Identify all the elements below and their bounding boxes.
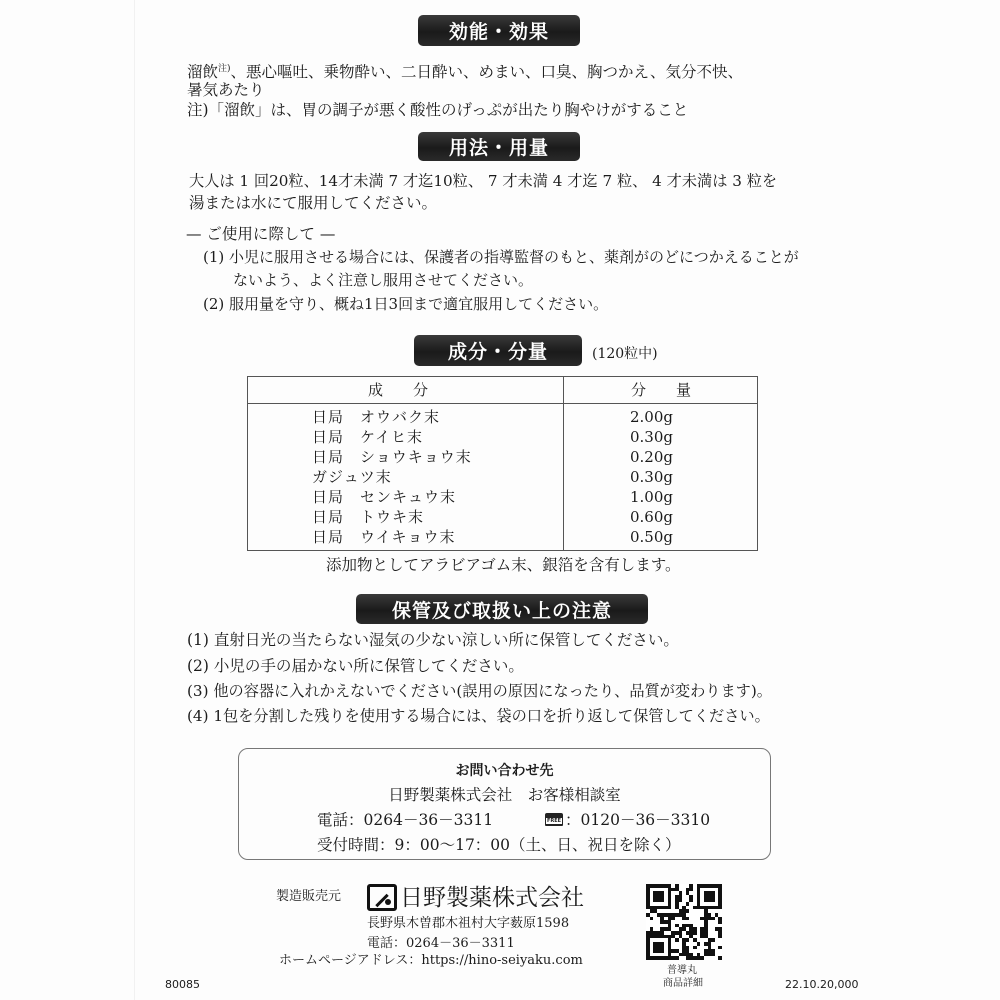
usage-note-2: (2) 服用量を守り、概ね1日3回まで適宜服用してください。 — [203, 294, 608, 314]
inquiry-hours: 受付時間：9：00〜17：00（土、日、祝日を除く） — [317, 835, 848, 855]
table-row: 日局 オウバク末 2.00g — [248, 407, 757, 427]
ingredients-heading: 成分・分量 — [448, 337, 548, 364]
inquiry-phone: 電話：0264－36－3311 — [317, 811, 493, 829]
ingredient-name: 日局 トウキ末 — [312, 507, 424, 527]
additives-note: 添加物としてアラビアゴム末、銀箔を含有します。 — [326, 555, 681, 575]
effects-line-2: 暑気あたり — [187, 80, 265, 100]
effects-footnote: 注)「溜飲」は、胃の調子が悪く酸性のげっぷが出たり胸やけがすること — [187, 100, 688, 120]
storage-item-3: (3) 他の容器に入れかえないでください(誤用の原因になったり、品質が変わります… — [187, 681, 772, 701]
manufacturer-company: 日野製薬株式会社 — [400, 884, 584, 912]
package-insert-page: 効能・効果 溜飲注)、悪心嘔吐、乗物酔い、二日酔い、めまい、口臭、胸つかえ、気分… — [0, 0, 1000, 1000]
inquiry-company: 日野製薬株式会社 お客様相談室 — [239, 785, 770, 805]
ingredient-amount: 0.30g — [630, 427, 673, 447]
effects-heading: 効能・効果 — [449, 17, 549, 44]
ingredient-name: 日局 ケイヒ末 — [312, 427, 423, 447]
footer-code-left: 80085 — [165, 978, 200, 991]
inquiry-phones: 電話：0264－36－3311 ：0120－36－3310 — [317, 810, 848, 830]
free-dial-icon — [545, 813, 563, 826]
dosage-line-2: 湯または水にて服用してください。 — [189, 193, 437, 213]
inquiry-free-number: ：0120－36－3310 — [565, 811, 710, 829]
ingredients-table: 成 分 分 量 日局 オウバク末 2.00g 日局 ケイヒ末 0.30g 日局 … — [247, 376, 758, 551]
manufacturer-label: 製造販売元 — [276, 887, 341, 907]
column-header-amount: 分 量 — [631, 380, 691, 400]
storage-heading-badge: 保管及び取扱い上の注意 — [356, 594, 648, 624]
inquiry-box: お問い合わせ先 日野製薬株式会社 お客様相談室 電話：0264－36－3311 … — [238, 748, 771, 860]
column-header-ingredient: 成 分 — [368, 380, 428, 400]
ingredient-name: 日局 ショウキョウ末 — [312, 447, 472, 467]
table-row: 日局 ウイキョウ末 0.50g — [248, 527, 757, 547]
manufacturer-homepage[interactable]: ホームページアドレス：https://hino-seiyaku.com — [279, 951, 583, 971]
inquiry-title: お問い合わせ先 — [239, 761, 770, 781]
table-row: 日局 トウキ末 0.60g — [248, 507, 757, 527]
qr-caption-details: 商品詳細 — [663, 978, 703, 990]
company-logo-icon — [367, 884, 397, 911]
dosage-heading-badge: 用法・用量 — [418, 132, 580, 161]
storage-item-4: (4) 1包を分割した残りを使用する場合には、袋の口を折り返して保管してください… — [187, 706, 770, 726]
footer-code-right: 22.10.20,000 — [785, 978, 858, 991]
ingredient-name: 日局 ウイキョウ末 — [312, 527, 456, 547]
dosage-heading: 用法・用量 — [449, 133, 549, 160]
dosage-line-1: 大人は 1 回20粒、14才未満 7 才迄10粒、 7 才未満 4 才迄 7 粒… — [189, 171, 777, 191]
ingredient-amount: 0.50g — [630, 527, 673, 547]
ingredients-per-count: (120粒中) — [592, 344, 658, 364]
usage-notes-title: — ご使用に際して — — [186, 224, 335, 244]
ingredients-heading-badge: 成分・分量 — [414, 335, 582, 366]
effects-line-1: 溜飲注)、悪心嘔吐、乗物酔い、二日酔い、めまい、口臭、胸つかえ、気分不快、 — [187, 59, 743, 82]
storage-item-2: (2) 小児の手の届かない所に保管してください。 — [187, 656, 524, 676]
table-row: 日局 センキュウ末 1.00g — [248, 487, 757, 507]
table-row: 日局 ショウキョウ末 0.20g — [248, 447, 757, 467]
qr-caption-product: 普導丸 — [667, 965, 697, 977]
scan-edge — [134, 0, 135, 1000]
table-header-row: 成 分 分 量 — [248, 377, 757, 404]
manufacturer-address: 長野県木曽郡木祖村大字薮原1598 — [367, 914, 569, 934]
storage-item-1: (1) 直射日光の当たらない湿気の少ない涼しい所に保管してください。 — [187, 630, 679, 650]
ingredient-amount: 0.20g — [630, 447, 673, 467]
footnote-marker: 注) — [218, 64, 231, 74]
effects-heading-badge: 効能・効果 — [418, 15, 580, 46]
ingredient-name: 日局 オウバク末 — [312, 407, 440, 427]
ingredient-name: 日局 センキュウ末 — [312, 487, 456, 507]
usage-note-1-line-2: ないよう、よく注意し服用させてください。 — [233, 270, 533, 290]
ingredient-amount: 1.00g — [630, 487, 673, 507]
table-row: ガジュツ末 0.30g — [248, 467, 757, 487]
ingredient-amount: 0.60g — [630, 507, 673, 527]
ingredient-amount: 0.30g — [630, 467, 673, 487]
storage-heading: 保管及び取扱い上の注意 — [392, 596, 612, 623]
ingredient-name: ガジュツ末 — [312, 467, 392, 487]
table-row: 日局 ケイヒ末 0.30g — [248, 427, 757, 447]
usage-note-1-line-1: (1) 小児に服用させる場合には、保護者の指導監督のもと、薬剤がのどにつかえるこ… — [203, 247, 799, 267]
qr-code[interactable] — [646, 884, 722, 960]
ingredient-amount: 2.00g — [630, 407, 673, 427]
